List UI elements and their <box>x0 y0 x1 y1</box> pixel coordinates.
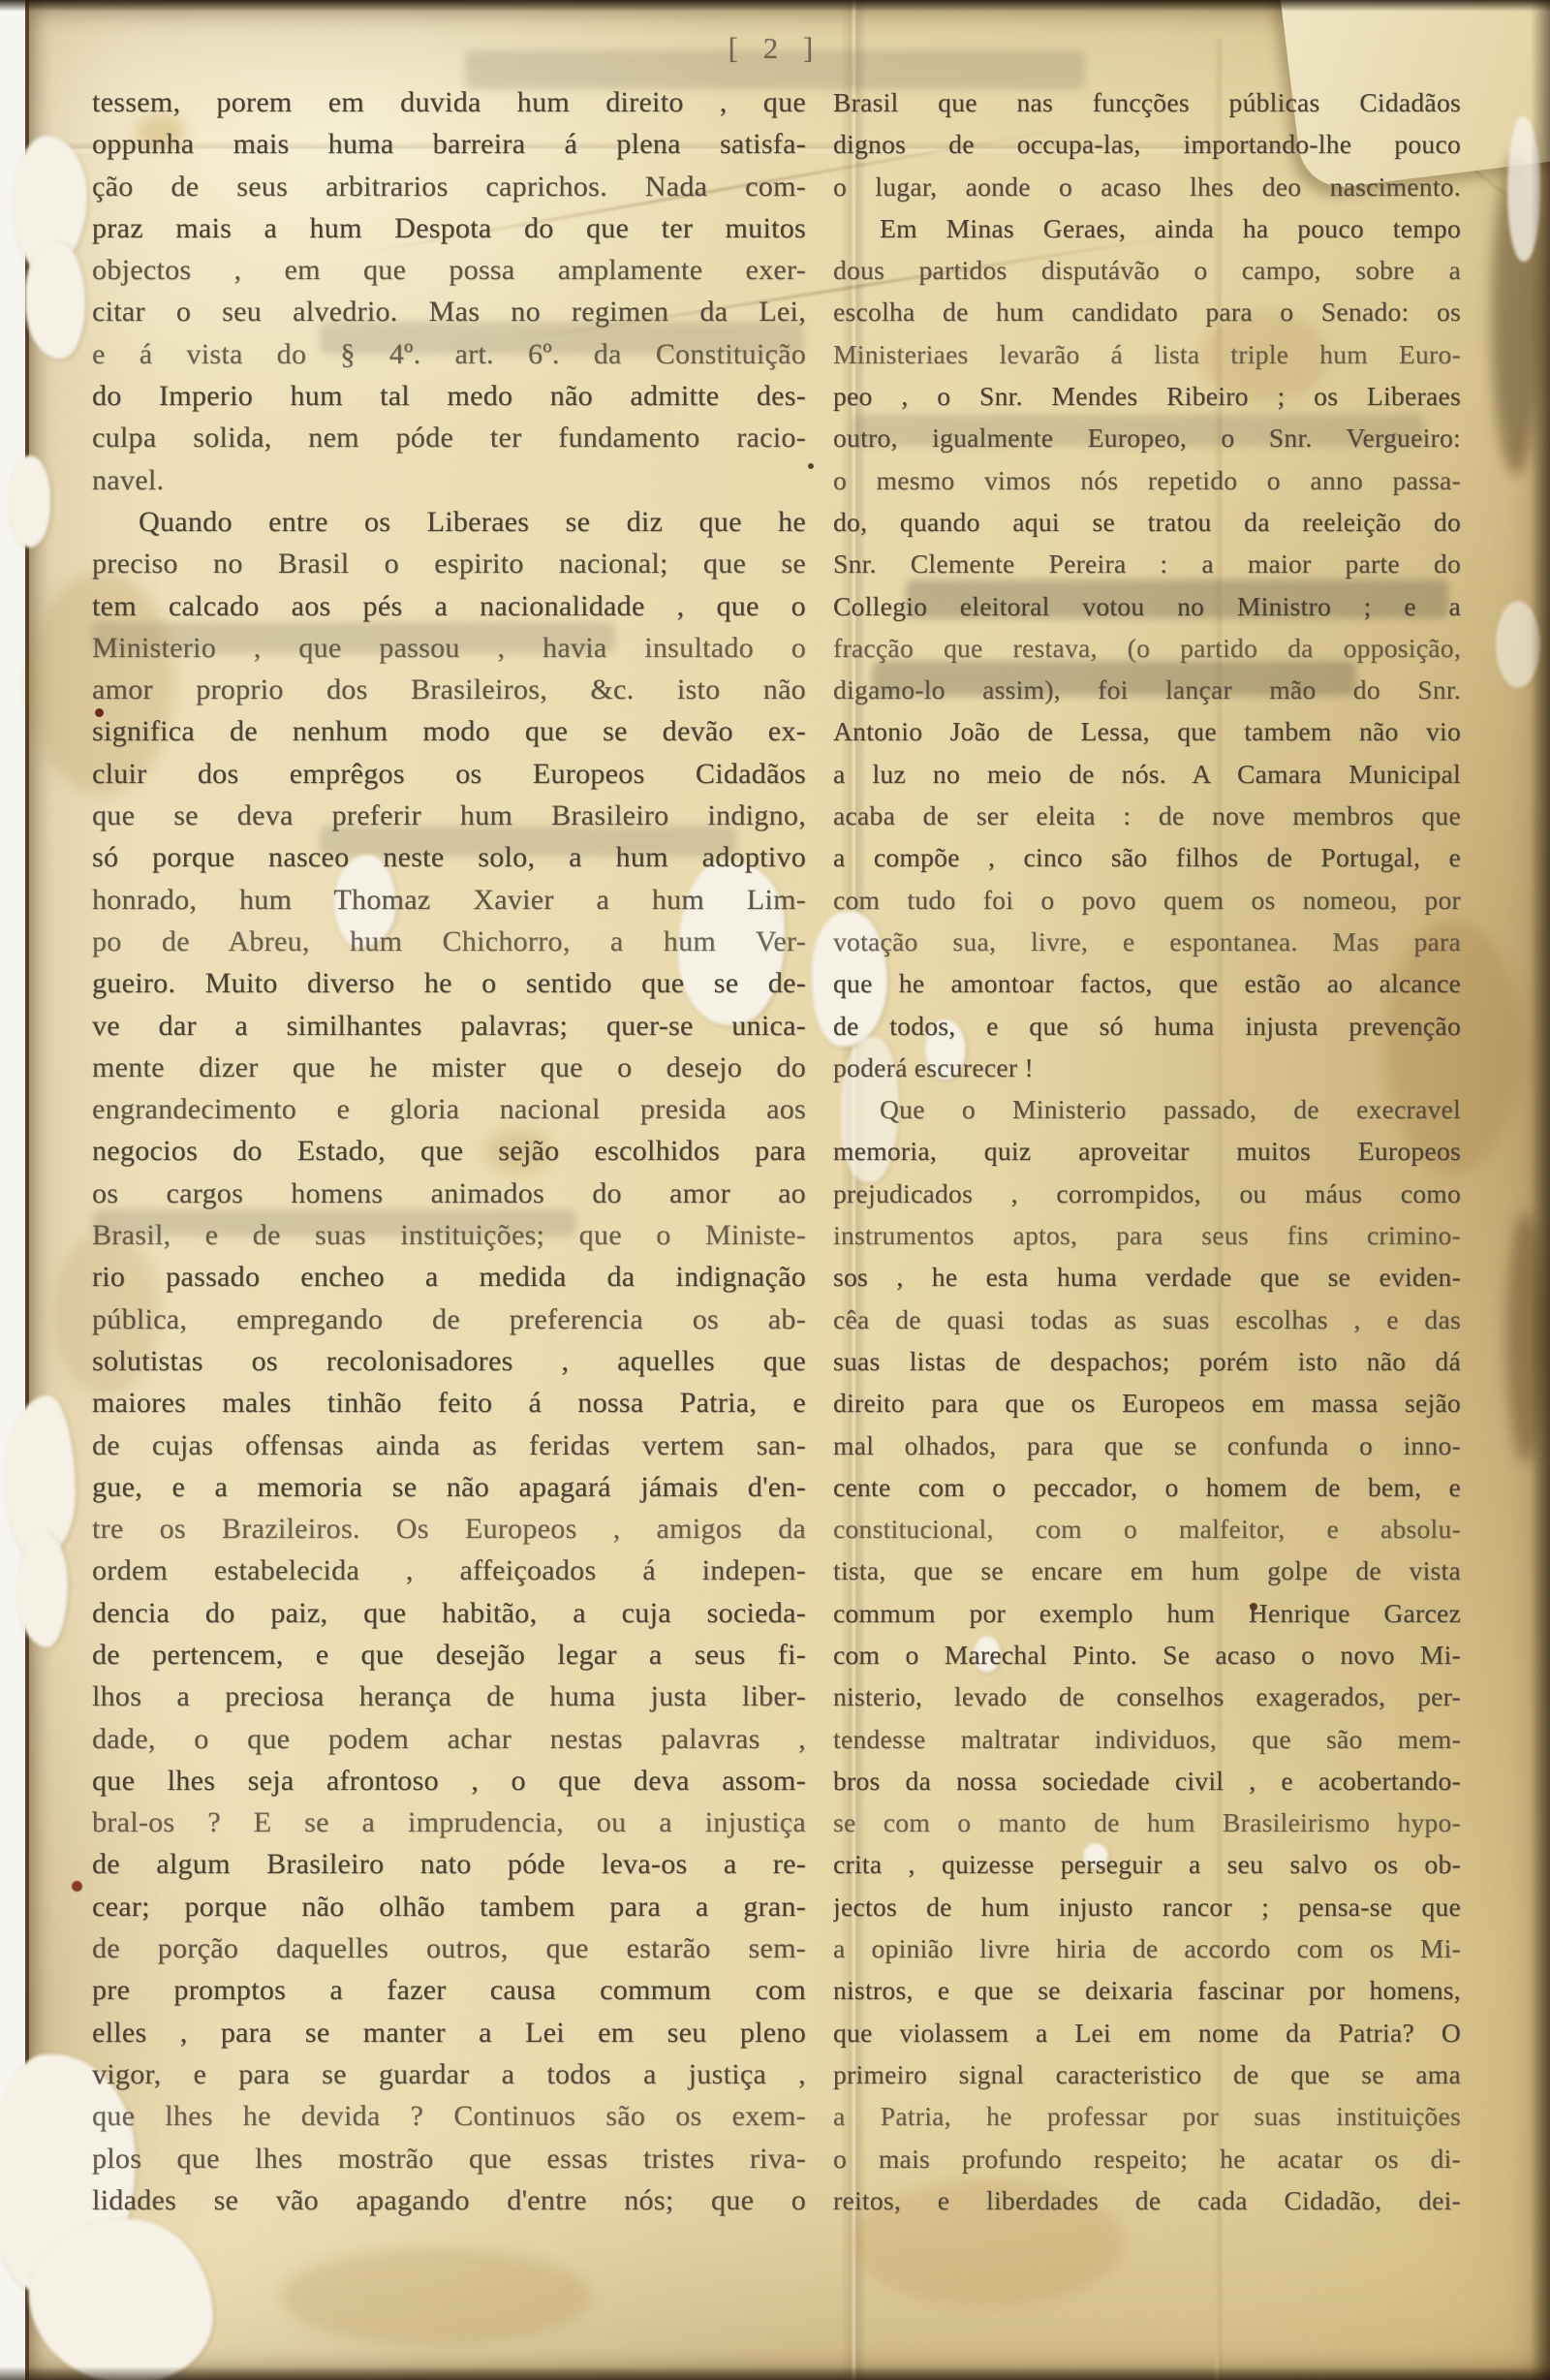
text-line: memoria, quiz aproveitar muitos Europeos <box>833 1130 1461 1172</box>
text-line: honrado, hum Thomaz Xavier a hum Lim- <box>92 879 806 921</box>
text-line: mente dizer que he mister que o desejo d… <box>92 1047 806 1088</box>
text-line: sos , he esta huma verdade que se eviden… <box>833 1256 1461 1298</box>
text-line: Collegio eleitoral votou no Ministro ; e… <box>833 585 1461 627</box>
text-line: amor proprio dos Brasileiros, &c. isto n… <box>92 669 806 710</box>
text-line: só porque nasceo neste solo, a hum adopt… <box>92 836 806 878</box>
speck <box>72 1881 82 1892</box>
text-line: que lhes he devida ? Continuos são os ex… <box>92 2095 806 2137</box>
text-line: constitucional, com o malfeitor, e absol… <box>833 1508 1461 1550</box>
text-line: os cargos homens animados do amor ao <box>92 1173 806 1214</box>
text-line: jectos de hum injusto rancor ; pensa-se … <box>833 1886 1461 1927</box>
text-line: dous partidos disputávão o campo, sobre … <box>833 249 1461 291</box>
scanned-newspaper-page: { "page": { "number_label": "[ 2 ]", "la… <box>0 0 1550 2380</box>
text-line: tessem, porem em duvida hum direito , qu… <box>92 81 806 123</box>
text-line: rio passado encheo a medida da indignaçã… <box>92 1256 806 1298</box>
text-line: o mais profundo respeito; he acatar os d… <box>833 2138 1461 2179</box>
text-line: plos que lhes mostrão que essas tristes … <box>92 2138 806 2179</box>
text-line: mal olhados, para que se confunda o inno… <box>833 1425 1461 1466</box>
text-line: commum por exemplo hum Henrique Garcez <box>833 1592 1461 1634</box>
text-line: e á vista do § 4º. art. 6º. da Constitui… <box>92 333 806 375</box>
text-line: dencia do paiz, que habitão, a cuja soci… <box>92 1592 806 1634</box>
text-line: Ministeriaes levarão á lista triple hum … <box>833 333 1461 375</box>
tear <box>10 455 50 548</box>
tear <box>17 1531 68 1647</box>
tear <box>25 242 85 359</box>
text-line: lidades se vão apagando d'entre nós; que… <box>92 2179 806 2221</box>
text-line: objectos , em que possa amplamente exer- <box>92 249 806 291</box>
text-line: navel. <box>92 459 806 501</box>
text-line: cear; porque não olhão tambem para a gra… <box>92 1886 806 1927</box>
text-line: primeiro signal caracteristico de que se… <box>833 2053 1461 2095</box>
text-line: poderá escurecer ! <box>833 1047 1461 1088</box>
stain <box>281 2248 591 2345</box>
text-line: dade, o que podem achar nestas palavras … <box>92 1718 806 1760</box>
paper-edge-top <box>0 0 1550 12</box>
text-line: dignos de occupa-las, importando-lhe pou… <box>833 123 1461 165</box>
text-line: com tudo foi o povo quem os nomeou, por <box>833 879 1461 921</box>
text-line: a compõe , cinco são filhos de Portugal,… <box>833 836 1461 878</box>
text-line: bral-os ? E se a imprudencia, ou a injus… <box>92 1801 806 1843</box>
text-line: que he amontoar factos, que estão ao alc… <box>833 962 1461 1004</box>
text-line: ção de seus arbitrarios caprichos. Nada … <box>92 166 806 207</box>
text-line: de algum Brasileiro nato póde leva-os a … <box>92 1843 806 1885</box>
text-line: prejudicados , corrompidos, ou máus como <box>833 1173 1461 1214</box>
text-line: se com o manto de hum Brasileirismo hypo… <box>833 1801 1461 1843</box>
text-line: tem calcado aos pés a nacionalidade , qu… <box>92 585 806 627</box>
text-line: a opinião livre hiria de accordo com os … <box>833 1927 1461 1969</box>
text-line: digamo-lo assim), foi lançar mão do Snr. <box>833 669 1461 710</box>
paper-edge-right <box>1531 0 1550 2380</box>
text-line: com o Marechal Pinto. Se acaso o novo Mi… <box>833 1634 1461 1675</box>
text-line: lhos a preciosa herança de huma justa li… <box>92 1675 806 1717</box>
text-line: de todos, e que só huma injusta prevençã… <box>833 1005 1461 1047</box>
text-line: gue, e a memoria se não apagará jámais d… <box>92 1466 806 1508</box>
text-line: preciso no Brasil o espirito nacional; q… <box>92 543 806 584</box>
text-line: maiores males tinhão feito á nossa Patri… <box>92 1382 806 1424</box>
page-number: [ 2 ] <box>0 31 1550 66</box>
text-line: gueiro. Muito diverso he o sentido que s… <box>92 962 806 1004</box>
text-line: que violassem a Lei em nome da Patria? O <box>833 2012 1461 2053</box>
text-line: de porção daquelles outros, que estarão … <box>92 1927 806 1969</box>
text-line: a Patria, he professar por suas institui… <box>833 2095 1461 2137</box>
text-line: nistros, e que se deixaria fascinar por … <box>833 1969 1461 2011</box>
text-line: do Imperio hum tal medo não admitte des- <box>92 375 806 417</box>
text-line: suas listas de despachos; porém isto não… <box>833 1340 1461 1382</box>
text-line: bros da nossa sociedade civil , e acober… <box>833 1760 1461 1801</box>
text-line: Que o Ministerio passado, de execravel <box>833 1088 1461 1130</box>
text-line: do, quando aqui se tratou da reeleição d… <box>833 501 1461 543</box>
text-line: escolha de hum candidato para o Senado: … <box>833 291 1461 332</box>
text-line: crita , quizesse perseguir a seu salvo o… <box>833 1843 1461 1885</box>
text-line: negocios do Estado, que sejão escolhidos… <box>92 1130 806 1172</box>
text-line: po de Abreu, hum Chichorro, a hum Ver- <box>92 921 806 962</box>
text-line: a luz no meio de nós. A Camara Municipal <box>833 753 1461 795</box>
text-line: tendesse maltratar individuos, que são m… <box>833 1718 1461 1760</box>
text-line: Quando entre os Liberaes se diz que he <box>92 501 806 543</box>
text-line: Antonio João de Lessa, que tambem não vi… <box>833 710 1461 752</box>
text-line: instrumentos aptos, para seus fins crimi… <box>833 1214 1461 1256</box>
text-line: Ministerio , que passou , havia insultad… <box>92 627 806 669</box>
text-line: solutistas os recolonisadores , aquelles… <box>92 1340 806 1382</box>
text-line: reitos, e liberdades de cada Cidadão, de… <box>833 2179 1461 2221</box>
text-line: cente com o peccador, o homem de bem, e <box>833 1466 1461 1508</box>
text-line: peo , o Snr. Mendes Ribeiro ; os Liberae… <box>833 375 1461 417</box>
text-line: praz mais a hum Despota do que ter muito… <box>92 207 806 249</box>
text-line: direito para que os Europeos em massa se… <box>833 1382 1461 1424</box>
text-line: significa de nenhum modo que se devão ex… <box>92 710 806 752</box>
speck <box>808 463 814 469</box>
text-line: outro, igualmente Europeo, o Snr. Vergue… <box>833 417 1461 458</box>
text-line: citar o seu alvedrio. Mas no regimen da … <box>92 291 806 332</box>
text-line: Brasil, e de suas instituições; que o Mi… <box>92 1214 806 1256</box>
text-line: o mesmo vimos nós repetido o anno passa- <box>833 459 1461 501</box>
text-line: Em Minas Geraes, ainda ha pouco tempo <box>833 207 1461 249</box>
text-line: elles , para se manter a Lei em seu plen… <box>92 2012 806 2053</box>
text-line: o lugar, aonde o acaso lhes deo nascimen… <box>833 166 1461 207</box>
text-line: culpa solida, nem póde ter fundamento ra… <box>92 417 806 458</box>
text-line: Snr. Clemente Pereira : a maior parte do <box>833 543 1461 584</box>
text-line: acaba de ser eleita : de nove membros qu… <box>833 795 1461 836</box>
text-line: de cujas offensas ainda as feridas verte… <box>92 1425 806 1466</box>
text-line: votação sua, livre, e espontanea. Mas pa… <box>833 921 1461 962</box>
text-line: ordem estabelecida , affeiçoados á indep… <box>92 1550 806 1591</box>
text-line: Brasil que nas funcções públicas Cidadão… <box>833 81 1461 123</box>
text-line: cêa de quasi todas as suas escolhas , e … <box>833 1299 1461 1340</box>
text-line: pública, empregando de preferencia os ab… <box>92 1299 806 1340</box>
text-line: tista, que se encare em hum golpe de vis… <box>833 1550 1461 1591</box>
paper-edge-bottom <box>0 2366 1550 2380</box>
text-line: vigor, e para se guardar a todos a justi… <box>92 2053 806 2095</box>
text-line: de pertencem, e que desejão legar a seus… <box>92 1634 806 1675</box>
text-line: nisterio, levado de conselhos exagerados… <box>833 1675 1461 1717</box>
text-line: tre os Brazileiros. Os Europeos , amigos… <box>92 1508 806 1550</box>
text-line: engrandecimento e gloria nacional presid… <box>92 1088 806 1130</box>
text-line: oppunha mais huma barreira á plena satis… <box>92 123 806 165</box>
text-line: cluir dos emprêgos os Europeos Cidadãos <box>92 753 806 795</box>
text-line: que lhes seja afrontoso , o que deva ass… <box>92 1760 806 1801</box>
text-column-right: Brasil que nas funcções públicas Cidadão… <box>833 81 1461 2221</box>
text-line: pre promptos a fazer causa commum com <box>92 1969 806 2011</box>
text-line: que se deva preferir hum Brasileiro indi… <box>92 795 806 836</box>
text-line: ve dar a similhantes palavras; quer-se u… <box>92 1005 806 1047</box>
text-column-left: tessem, porem em duvida hum direito , qu… <box>92 81 806 2221</box>
text-line: fracção que restava, (o partido da oppos… <box>833 627 1461 669</box>
